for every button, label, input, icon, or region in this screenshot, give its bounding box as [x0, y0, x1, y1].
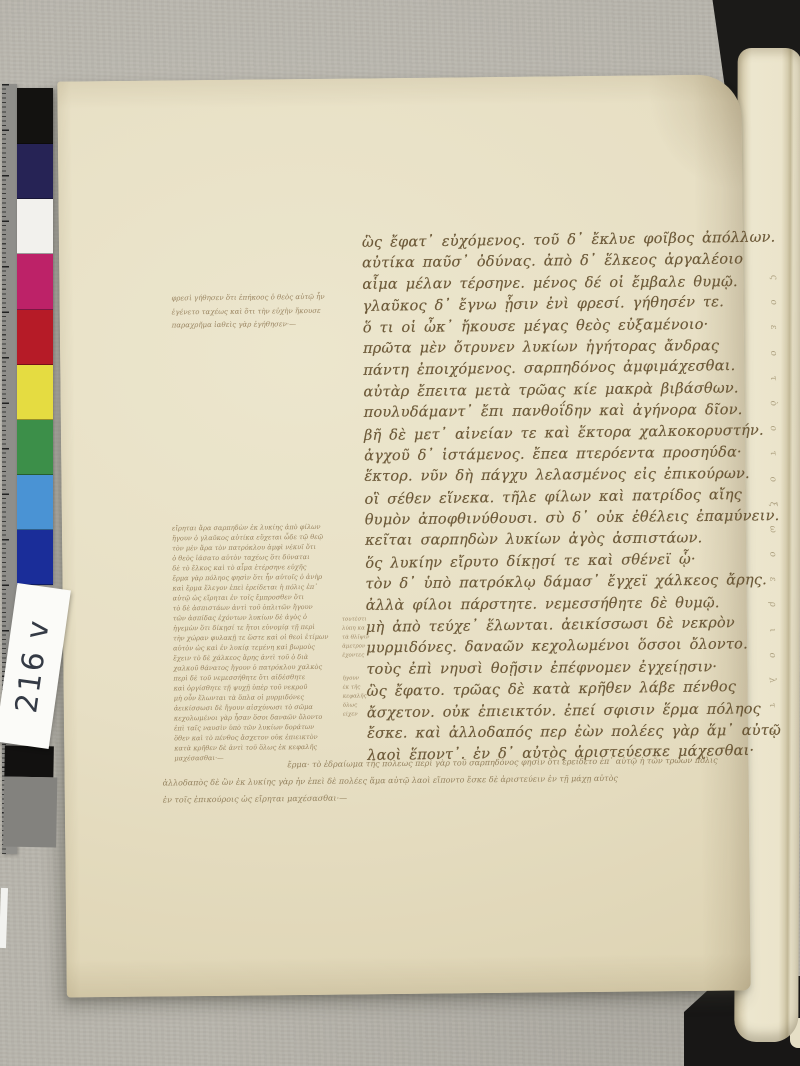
main-text-line: μυρμιδόνες. δαναῶν κεχολωμένοι ὅσσοι ὄλο…: [366, 637, 748, 662]
color-patch: [17, 88, 53, 144]
color-patch: [17, 199, 53, 254]
edge-letter: ε: [752, 320, 779, 338]
edge-letter: ὸ: [752, 395, 779, 413]
edge-letter: ρ: [751, 597, 778, 615]
gloss-line: τουτέστι: [342, 616, 376, 625]
grayscale-steps: [3, 746, 58, 848]
folio-number-label: 216 v: [9, 617, 57, 716]
edge-letter: τ: [752, 370, 779, 388]
main-text-line: οἳ σέθεν εἵνεκα. τῆλε φίλων καὶ πατρίδος…: [365, 487, 747, 513]
gloss-line: ἔχοντες: [342, 652, 376, 661]
edge-letter: ο: [752, 295, 779, 313]
scholion-line: παραχρῆμα ἰαθεὶς γὰρ ἐγήθησεν·—: [172, 320, 350, 335]
gray-step: [3, 777, 57, 848]
scholion-left-lower: εἴρηται ἄρα σαρπηδὼν ἐκ λυκίης ἀπὸ φίλων…: [172, 522, 371, 764]
ruler-numbers: 18171615141312111098: [8, 96, 17, 597]
main-text-line: βῆ δὲ μετ᾽ αἰνείαν τε καὶ ἕκτορα χαλκοκο…: [364, 422, 746, 448]
gray-step: [4, 746, 54, 778]
gloss-line: ἐκ τῆς: [343, 684, 377, 693]
gloss-line: ἄμετρον: [342, 643, 376, 652]
ink-offset-smudge: [744, 244, 764, 264]
next-folio-edge-letters: ςοεοτὸοτοξωοεριολτο: [757, 266, 773, 745]
gloss-line: τὰ θλῖψιν: [342, 634, 376, 643]
edge-letter: τ: [752, 446, 779, 464]
edge-letter: λ: [751, 673, 778, 691]
color-patch: [17, 254, 53, 310]
edge-letter: ι: [751, 622, 778, 640]
gloss-line: λύπη κα: [342, 625, 376, 634]
color-calibration-bar: [17, 88, 53, 585]
manuscript-photograph: { "folio": { "label": "216 v" }, "colors…: [0, 0, 800, 1066]
scholion-bottom: ἔρμα· τὸ ἑδραίωμα τῆς πόλεως περὶ γὰρ το…: [162, 755, 751, 813]
edge-letter: ο: [752, 471, 779, 489]
gloss-line: εἶχεν: [343, 711, 377, 720]
manuscript-page: ὣς ἔφατ᾽ εὐχόμενος. τοῦ δ᾽ ἔκλυε φοῖβος …: [57, 74, 751, 997]
color-patch: [17, 310, 53, 365]
edge-letter: ο: [751, 547, 778, 565]
main-text-line: αὐτίκα παῦσ᾽ ὀδύνας. ἀπὸ δ᾽ ἕλκεος ἀργαλ…: [362, 252, 744, 277]
color-patch: [17, 475, 53, 530]
color-patch: [17, 530, 53, 585]
edge-letter: ο: [751, 647, 778, 665]
color-patch: [17, 144, 53, 199]
gloss-line: ἤγουν: [342, 675, 376, 684]
interlinear-gloss-a: τουτέστιλύπη κατὰ θλῖψινἄμετρονἔχοντες: [342, 616, 376, 661]
color-patch: [17, 365, 53, 420]
white-tab: [0, 888, 8, 948]
interlinear-gloss-b: ἤγουνἐκ τῆςκεφαλῆςὅλωςεἶχεν: [342, 675, 376, 720]
scholion-left-upper: φρεσὶ γήθησεν ὅτι ἐπήκοος ὁ θεὸς αὐτῷ ἦν…: [171, 293, 349, 335]
edge-letter: ς: [752, 270, 779, 288]
gloss-line: κεφαλῆς: [343, 693, 377, 702]
ink-offset-smudge: [745, 92, 765, 126]
main-text-block: ὣς ἔφατ᾽ εὐχόμενος. τοῦ δ᾽ ἔκλυε φοῖβος …: [362, 230, 750, 769]
edge-letter: ο: [752, 345, 779, 363]
color-patch: [17, 420, 53, 475]
gloss-line: ὅλως: [343, 702, 377, 711]
